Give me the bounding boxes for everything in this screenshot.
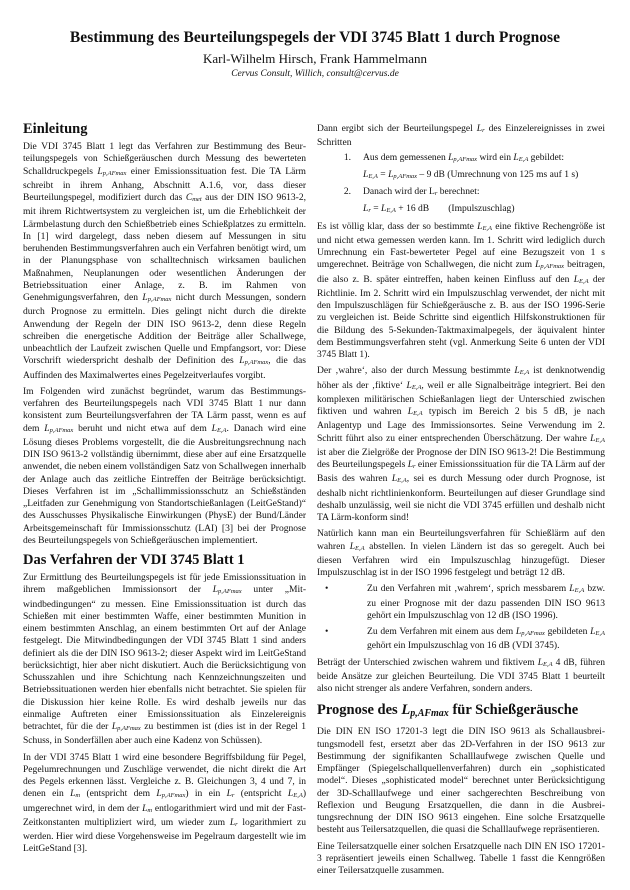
paragraph: Es ist völlig klar, dass der so bestimmt… <box>317 221 605 362</box>
formula-lea: LE,A = Lp,AFmax – 9 dB (Umrechnung von 1… <box>363 169 605 183</box>
symbol-lpafmax: Lp,AFmax <box>112 721 141 732</box>
step-text: Aus dem gemessenen Lp,AFmax wird ein LE,… <box>363 152 605 166</box>
text: . Danach wird eine Lösung dieses Problem… <box>23 423 306 546</box>
symbol-lm: Lm <box>142 803 152 814</box>
text: (entspricht dem <box>80 788 156 799</box>
paragraph: Natürlich kann man ein Beurteilungsverfa… <box>317 528 605 579</box>
symbol-lm: Lm <box>70 788 80 799</box>
formula-lr: Lr = LE,A + 16 dB (Impulszuschlag) <box>363 203 605 217</box>
text: Dann ergibt sich der Beurteilungspegel <box>317 123 477 134</box>
symbol-lea: LE,A <box>288 788 303 799</box>
symbol-lea: LE,A <box>212 423 227 434</box>
paper-authors: Karl-Wilhelm Hirsch, Frank Hammelmann <box>0 50 630 67</box>
text: beruht und nicht etwa auf dem <box>73 423 211 434</box>
paragraph: Eine Teilersatzquelle einer solchen Ersa… <box>317 841 605 878</box>
symbol-lr: Lr <box>477 123 485 134</box>
step-1: 1. Aus dem gemessenen Lp,AFmax wird ein … <box>317 152 605 166</box>
text: ) in ein <box>185 788 226 799</box>
symbol-lpafmax: Lp,AFmax <box>97 166 126 177</box>
symbol-lpafmax: Lp,AFmax <box>239 355 268 366</box>
step-number: 1. <box>317 152 363 166</box>
text: unter „Mit­windbedingungen“ zu messen. E… <box>23 584 306 732</box>
step-2: 2. Danach wird der Lr berechnet: <box>317 186 605 200</box>
symbol-lpafmax: Lp,AFmax <box>44 423 73 434</box>
symbol-lpafmax: Lp,AFmax <box>156 788 185 799</box>
bullet-item: • Zu dem Verfahren mit einem aus dem Lp,… <box>317 626 605 653</box>
paper-title: Bestimmung des Beurteilungspegels der VD… <box>0 28 630 48</box>
paragraph: Beträgt der Unterschied zwischen wahrem … <box>317 657 605 696</box>
right-column: Dann ergibt sich der Beurteilungspegel L… <box>317 123 605 881</box>
paragraph: Der ‚wahre‘, also der durch Messung best… <box>317 365 605 524</box>
left-column: Einleitung Die VDI 3745 Blatt 1 legt das… <box>23 120 306 860</box>
step-text: Danach wird der Lr berechnet: <box>363 186 605 200</box>
symbol-lpafmax: Lp,AFmax <box>213 584 242 595</box>
step-number: 2. <box>317 186 363 200</box>
symbol-cmet: Cmet <box>186 192 202 203</box>
paper-header: Bestimmung des Beurteilungspegels der VD… <box>0 28 630 80</box>
section-heading-einleitung: Einleitung <box>23 120 306 138</box>
section-heading-verfahren: Das Verfahren der VDI 3745 Blatt 1 <box>23 551 306 569</box>
text: (entspricht <box>234 788 287 799</box>
text: aus der DIN ISO 9613-2, mit ihrem Richtw… <box>23 192 306 303</box>
paragraph: In der VDI 3745 Blatt 1 wird eine besond… <box>23 752 306 856</box>
section-heading-prognose: Prognose des Lp,AFmax für Schießgeräusch… <box>317 701 605 723</box>
bullet-item: • Zu den Verfahren mit ‚wahrem‘, sprich … <box>317 583 605 622</box>
paragraph: Die DIN EN ISO 17201-3 legt die DIN ISO … <box>317 726 605 836</box>
symbol-lr: Lr <box>230 817 238 828</box>
paper-affiliation: Cervus Consult, Willich, consult@cervus.… <box>0 68 630 80</box>
paragraph: Zur Ermittlung des Beurteilungspegels is… <box>23 572 306 748</box>
paper-page: Bestimmung des Beurteilungspegels der VD… <box>0 0 630 890</box>
bullet-icon: • <box>317 583 367 622</box>
paragraph: Dann ergibt sich der Beurteilungspegel L… <box>317 123 605 150</box>
paragraph: Die VDI 3745 Blatt 1 legt das Verfahren … <box>23 141 306 382</box>
paragraph: Im Folgenden wird zunächst begründet, wa… <box>23 386 306 547</box>
bullet-icon: • <box>317 626 367 653</box>
symbol-lpafmax: Lp,AFmax <box>142 292 171 303</box>
